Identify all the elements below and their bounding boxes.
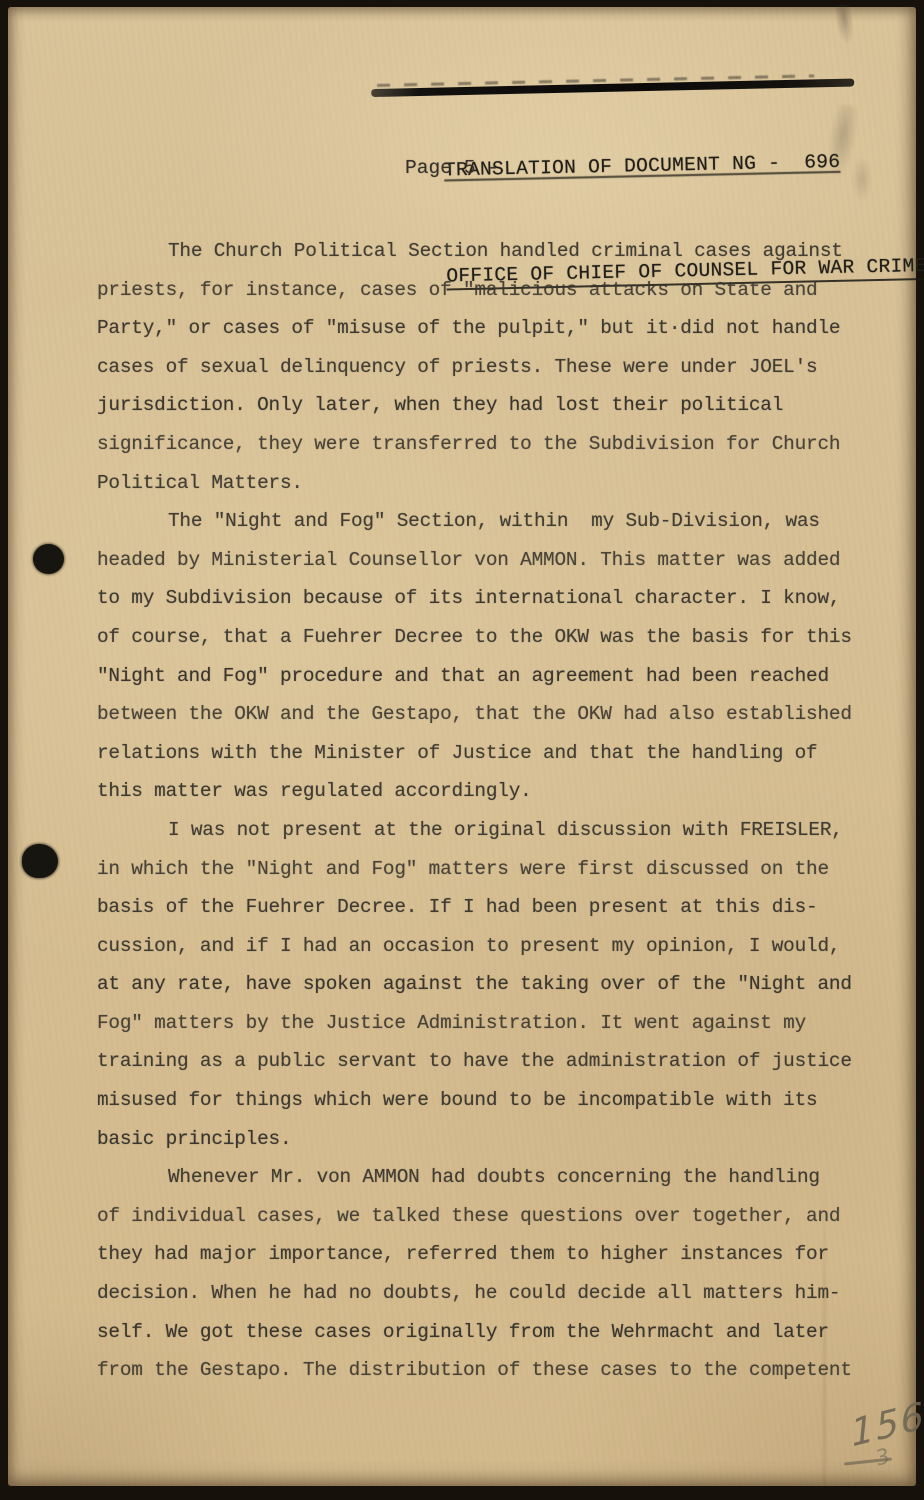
typed-line: between the OKW and the Gestapo, that th… (97, 695, 881, 734)
typed-line: decision. When he had no doubts, he coul… (97, 1274, 881, 1313)
typed-line: The Church Political Section handled cri… (97, 232, 881, 271)
stamp-document-title: TRANSLATION OF DOCUMENT NG - 696 (444, 152, 841, 182)
typed-line: cussion, and if I had an occasion to pre… (97, 927, 881, 966)
typed-line: I was not present at the original discus… (97, 811, 881, 850)
typed-line: relations with the Minister of Justice a… (97, 734, 881, 773)
typed-line: to my Subdivision because of its interna… (97, 579, 881, 618)
typed-line: jurisdiction. Only later, when they had … (97, 386, 881, 425)
typed-line: they had major importance, referred them… (97, 1235, 881, 1274)
paragraph: The Church Political Section handled cri… (97, 232, 881, 502)
hole-punch-top (33, 544, 64, 574)
paragraph: I was not present at the original discus… (97, 811, 881, 1158)
typed-line: of individual cases, we talked these que… (97, 1197, 881, 1236)
typed-line: of course, that a Fuehrer Decree to the … (97, 618, 881, 657)
scan-background: { "document": { "stamp": { "line1": "TRA… (0, 0, 924, 1500)
paragraph: The "Night and Fog" Section, within my S… (97, 502, 881, 811)
typed-line: basic principles. (97, 1120, 881, 1159)
typed-line: Political Matters. (97, 464, 881, 503)
typed-line: Fog" matters by the Justice Administrati… (97, 1004, 881, 1043)
typed-line: Whenever Mr. von AMMON had doubts concer… (97, 1158, 881, 1197)
typed-line: "Night and Fog" procedure and that an ag… (97, 657, 881, 696)
hole-punch-bottom (22, 844, 58, 878)
typed-line: The "Night and Fog" Section, within my S… (97, 502, 881, 541)
page-number: Page 5 - (405, 157, 499, 179)
typed-line: self. We got these cases originally from… (97, 1313, 881, 1352)
document-page: TRANSLATION OF DOCUMENT NG - 696 OFFICE … (8, 7, 916, 1486)
typed-line: priests, for instance, cases of "malicio… (97, 271, 881, 310)
paragraph: Whenever Mr. von AMMON had doubts concer… (97, 1158, 881, 1390)
typed-line: cases of sexual delinquency of priests. … (97, 348, 881, 387)
typed-line: from the Gestapo. The distribution of th… (97, 1351, 881, 1390)
typed-line: Party," or cases of "misuse of the pulpi… (97, 309, 881, 348)
typed-line: significance, they were transferred to t… (97, 425, 881, 464)
stamp-rule (371, 79, 854, 98)
typed-line: in which the "Night and Fog" matters wer… (97, 850, 881, 889)
document-body: The Church Political Section handled cri… (97, 232, 881, 1390)
typed-line: training as a public servant to have the… (97, 1042, 881, 1081)
typed-line: misused for things which were bound to b… (97, 1081, 881, 1120)
typed-line: at any rate, have spoken against the tak… (97, 965, 881, 1004)
typed-line: this matter was regulated accordingly. (97, 772, 881, 811)
typed-line: headed by Ministerial Counsellor von AMM… (97, 541, 881, 580)
paper-crease (823, 1177, 826, 1486)
typed-line: basis of the Fuehrer Decree. If I had be… (97, 888, 881, 927)
